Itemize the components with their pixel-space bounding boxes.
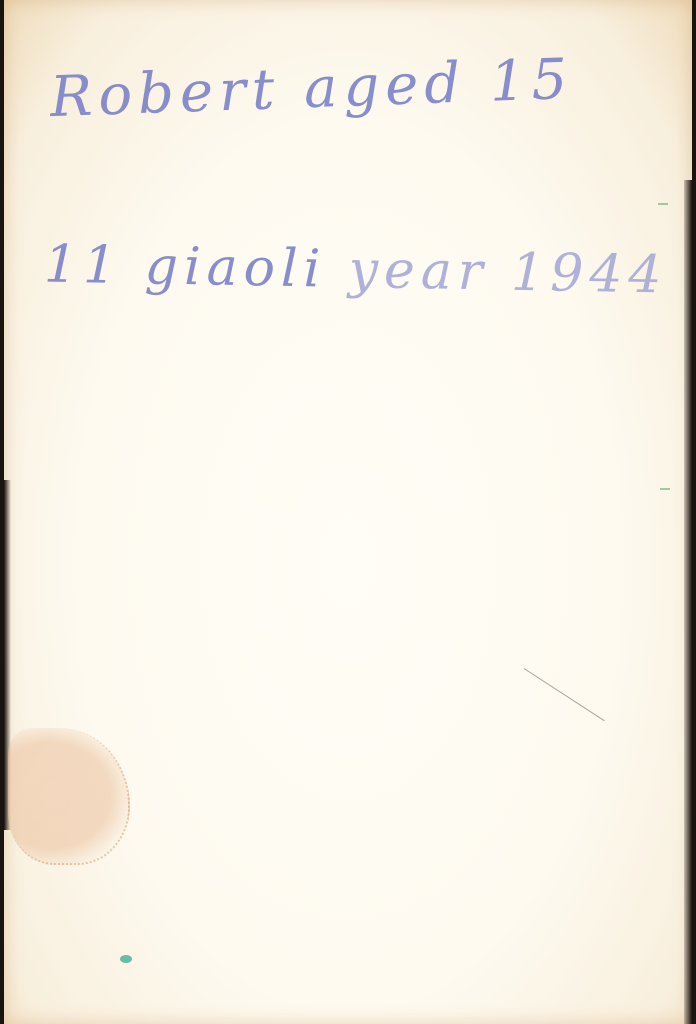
green-speck (658, 203, 668, 205)
green-speck (660, 488, 670, 490)
water-stain (8, 728, 130, 865)
green-spot (120, 955, 132, 963)
handwritten-date-year: year 1944 (348, 240, 668, 306)
card-edge-shadow-right (684, 180, 692, 1024)
handwritten-date-line: 11 giaoli year 1944 (44, 235, 669, 306)
handwritten-name-age: Robert aged 15 (49, 47, 574, 130)
handwritten-date-day: 11 giaoli (44, 235, 327, 300)
photo-back-card: Robert aged 15 11 giaoli year 1944 (4, 0, 692, 1024)
pencil-scratch (524, 668, 605, 721)
